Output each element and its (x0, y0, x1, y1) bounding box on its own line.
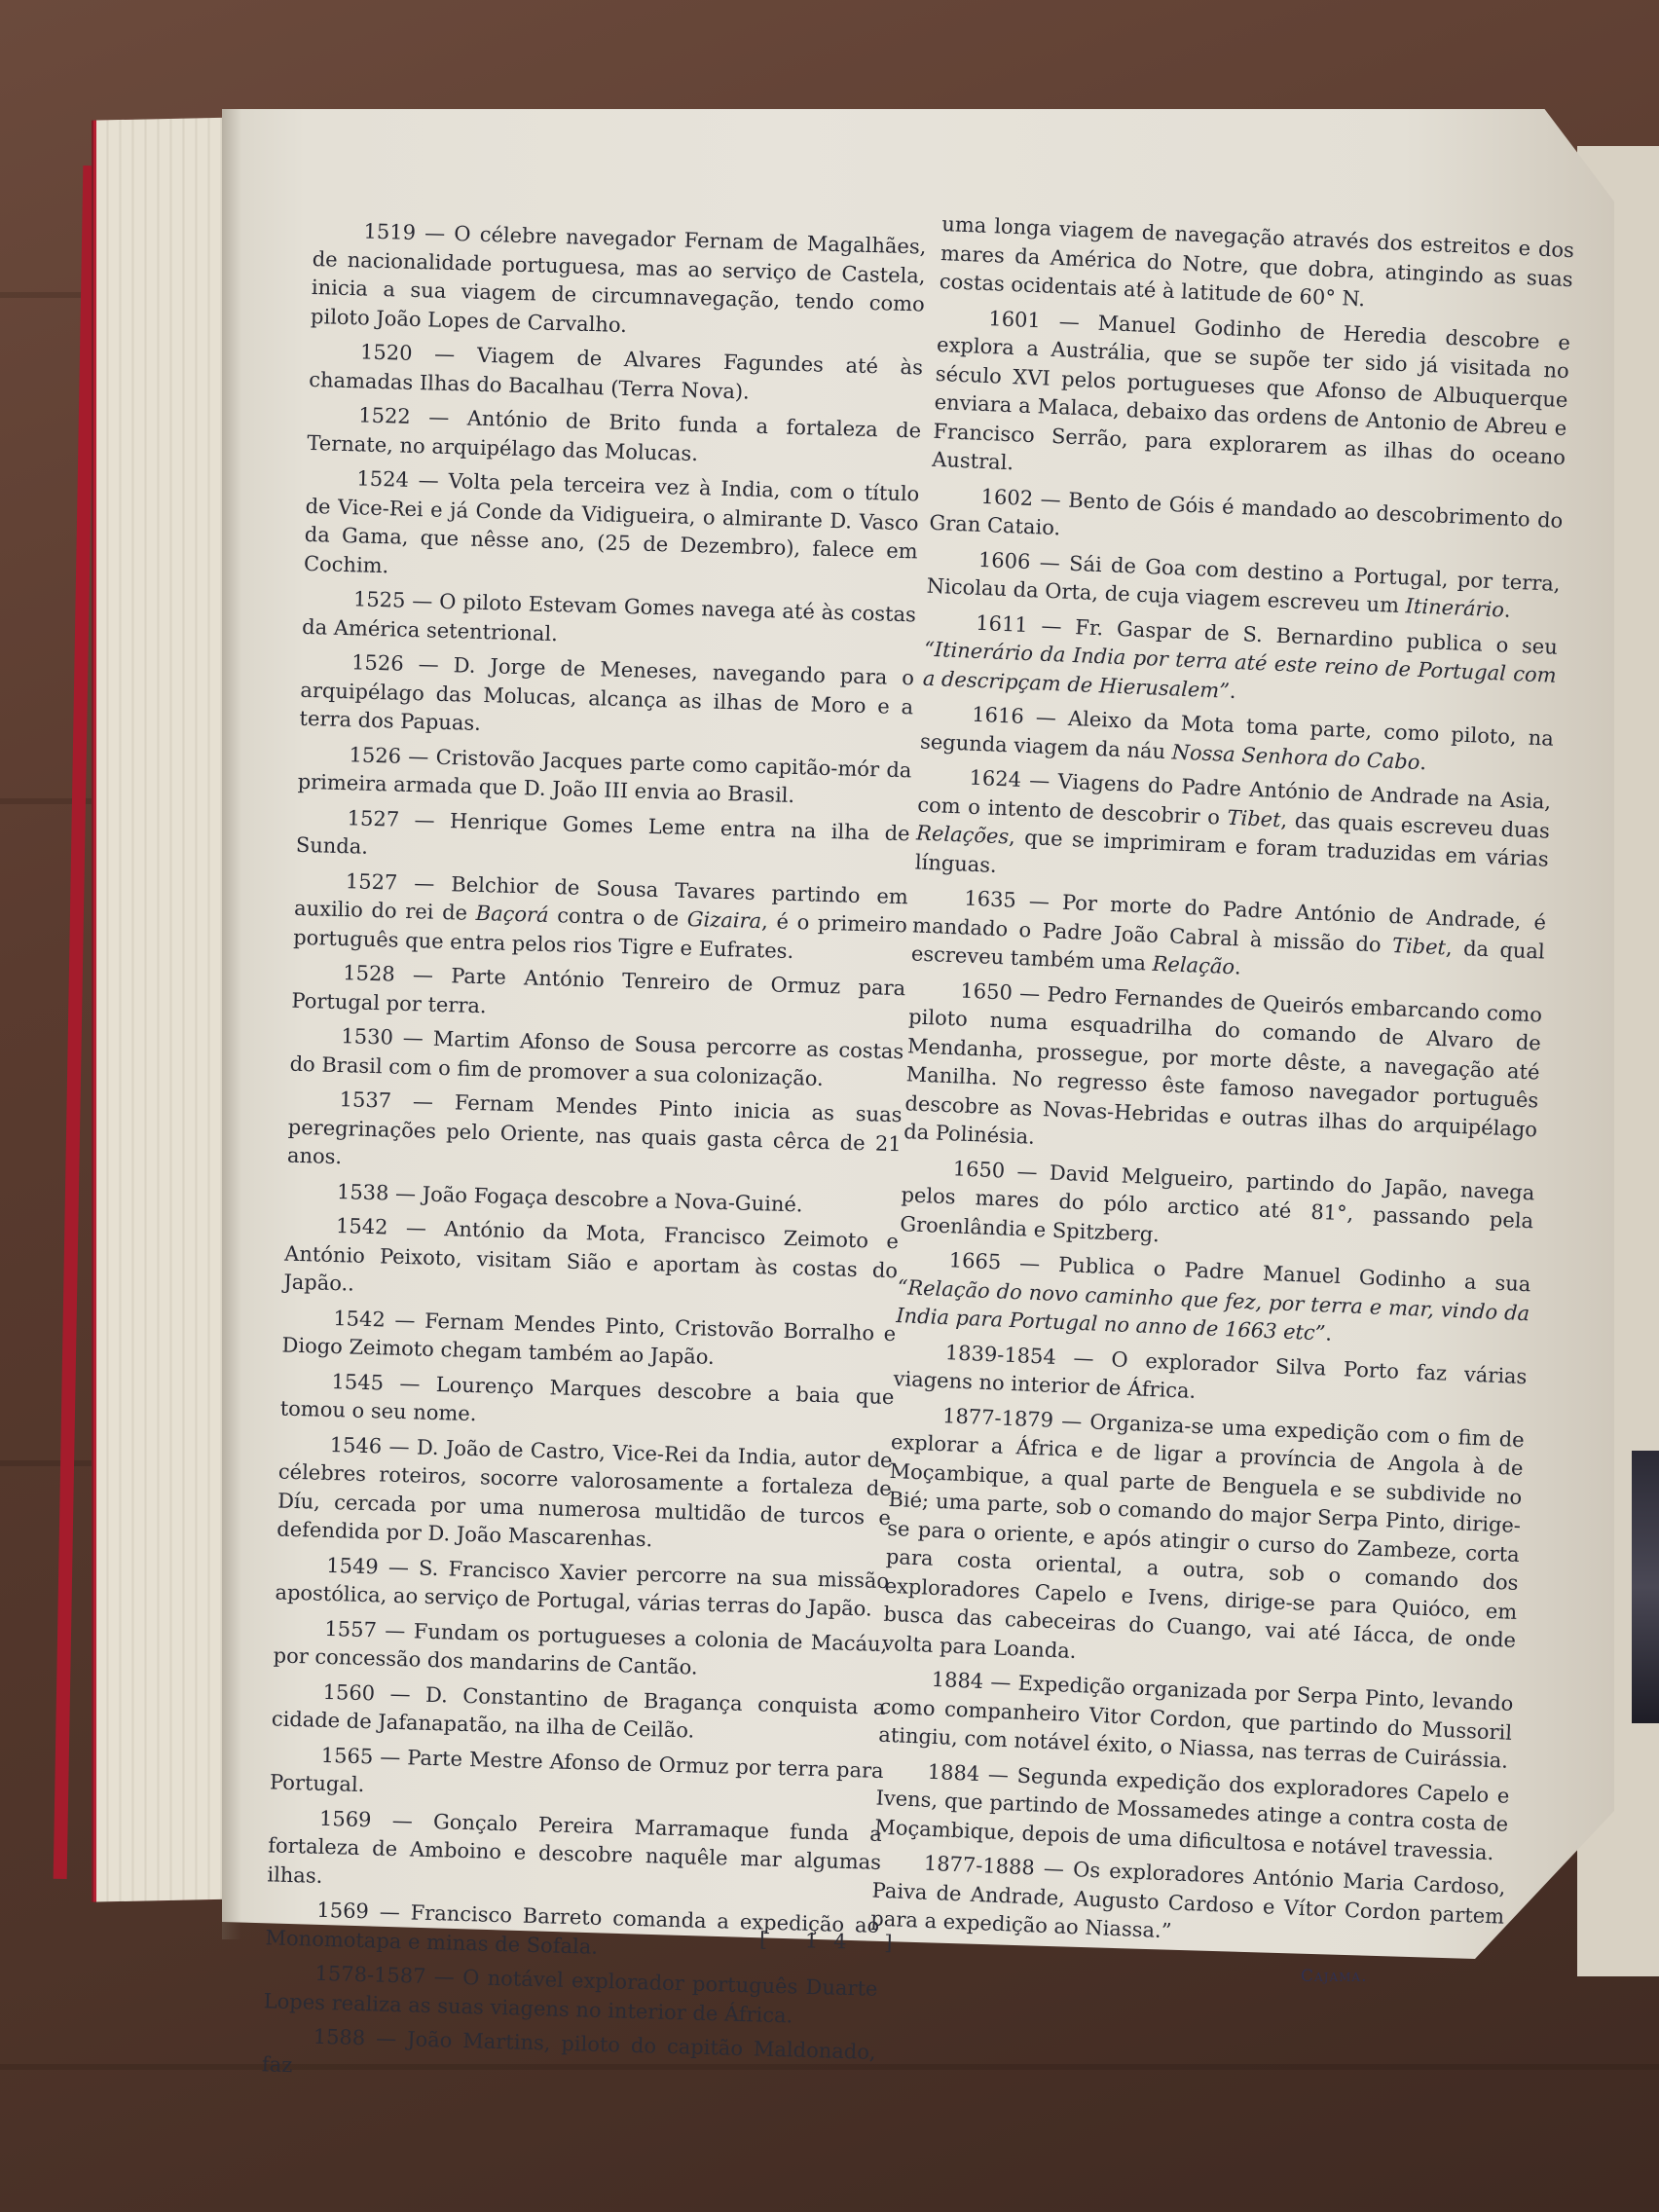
entry-text: Organiza-se uma expedição com o fim de e… (882, 1410, 1525, 1663)
entry-year: 1588 — (313, 2025, 407, 2051)
chronology-entry: 1565 — Parte Mestre Afonso de Ormuz por … (270, 1740, 884, 1815)
entry-year: 1519 — (363, 219, 454, 245)
chronology-entry: 1560 — D. Constantino de Bragança conqui… (271, 1677, 885, 1751)
chronology-entry: 1569 — Gonçalo Pereira Marramaque funda … (267, 1803, 882, 1906)
chronology-entry: 1522 — António de Brito funda a fortalez… (307, 400, 921, 475)
chronology-entry: 1524 — Volta pela terceira vez à India, … (304, 463, 920, 596)
chronology-entry: 1519 — O célebre navegador Fernam de Mag… (311, 216, 927, 349)
entry-year: 1602 — (980, 484, 1069, 511)
chronology-entry: 1527 — Belchior de Sousa Tavares partind… (293, 866, 908, 969)
book-red-edge (54, 166, 97, 1879)
facing-page-photo (1632, 1451, 1659, 1723)
entry-year: 1542 — (336, 1214, 445, 1240)
entry-year: 1884 — (931, 1668, 1018, 1695)
entry-year: 1546 — (329, 1432, 417, 1457)
chronology-entry: 1650 — Pedro Fernandes de Queirós embarc… (903, 975, 1543, 1173)
entry-year: 1527 — (347, 806, 450, 832)
chronology-entry: 1545 — Lourenço Marques descobre a baia … (279, 1366, 894, 1441)
entry-year: 1525 — (353, 587, 440, 612)
entry-year: 1578-1587 — (314, 1962, 462, 1989)
gutter-shadow (222, 109, 241, 1939)
chronology-entry: 1624 — Viagens do Padre António de Andra… (914, 762, 1551, 903)
entry-year: 1616 — (972, 703, 1069, 730)
entry-year: 1665 — (948, 1248, 1058, 1276)
chronology-entry: 1530 — Martim Afonso de Sousa percorre a… (289, 1021, 903, 1096)
entry-year: 1877-1888 — (923, 1852, 1073, 1881)
chronology-entry: 1588 — João Martins, piloto do capitão M… (262, 2021, 876, 2096)
chronology-entry: 1601 — Manuel Godinho de Heredia descobr… (932, 302, 1571, 500)
entry-year: 1624 — (969, 766, 1058, 793)
entry-year: 1569 — (319, 1806, 434, 1832)
entry-year: 1545 — (331, 1369, 436, 1395)
entry-year: 1526 — (351, 650, 454, 677)
entry-year: 1611 — (976, 610, 1076, 638)
chronology-entry: 1546 — D. João de Castro, Vice-Rei da In… (276, 1429, 893, 1562)
chronology-entry: 1557 — Fundam os portugueses a colonia d… (273, 1613, 887, 1688)
entry-year: 1542 — (333, 1307, 424, 1333)
chronology-entry: 1537 — Fernam Mendes Pinto inicia as sua… (287, 1085, 903, 1188)
right-text-column: uma longa viagem de navegação através do… (870, 210, 1575, 1966)
entry-year: 1560 — (322, 1679, 425, 1706)
chronology-entry: 1578-1587 — O notável explorador portugu… (263, 1958, 877, 2033)
entry-year: 1565 — (321, 1743, 408, 1768)
entry-year: 1884 — (927, 1759, 1017, 1787)
entry-year: 1538 — (337, 1180, 423, 1205)
entry-year: 1839-1854 — (944, 1341, 1112, 1371)
entry-year: 1650 — (952, 1157, 1050, 1184)
chronology-entry: 1520 — Viagem de Alvares Fagundes até às… (309, 337, 923, 412)
chronology-entry: 1542 — Fernam Mendes Pinto, Cristovão Bo… (281, 1303, 896, 1378)
entry-text: Manuel Godinho de Heredia descobre e exp… (932, 311, 1571, 474)
entry-year: 1569 — (316, 1899, 411, 1925)
entry-year: 1527 — (346, 869, 452, 896)
entry-year: 1557 — (324, 1616, 414, 1642)
entry-text: João Fogaça descobre a Nova-Guiné. (422, 1182, 802, 1216)
entry-year: 1606 — (978, 547, 1070, 574)
chronology-entry: 1525 — O piloto Estevam Gomes navega até… (302, 584, 916, 659)
chronology-entry: 1877-1879 — Organiza-se uma expedição co… (882, 1399, 1526, 1683)
entry-year: 1530 — (341, 1024, 433, 1051)
entry-year: 1520 — (360, 340, 477, 366)
entry-year: 1601 — (988, 307, 1098, 335)
chronology-entry: 1528 — Parte António Tenreiro de Ormuz p… (291, 958, 905, 1033)
entry-year: 1522 — (358, 403, 467, 429)
entry-year: 1524 — (356, 466, 449, 493)
chronology-entry: 1877-1888 — Os exploradores António Mari… (870, 1848, 1506, 1961)
author-signature: Cajama. (1301, 1967, 1368, 1986)
entry-year: 1526 — (349, 743, 436, 768)
page-stack (93, 117, 242, 1901)
entry-text: Pedro Fernandes de Queirós embarcando co… (903, 982, 1543, 1149)
entry-year: 1650 — (960, 978, 1048, 1006)
entry-year: 1537 — (339, 1088, 455, 1114)
left-text-column: 1519 — O célebre navegador Fernam de Mag… (261, 216, 926, 2102)
chronology-entry: 1549 — S. Francisco Xavier percorre na s… (275, 1550, 889, 1625)
entry-year: 1635 — (964, 887, 1063, 914)
entry-year: 1549 — (326, 1553, 419, 1579)
chronology-entry: 1526 — Cristovão Jacques parte como capi… (297, 739, 911, 814)
chronology-entry: 1527 — Henrique Gomes Leme entra na ilha… (296, 802, 910, 877)
chronology-entry: 1542 — António da Mota, Francisco Zeimot… (283, 1211, 899, 1314)
page-number: [ 14 ] (759, 1928, 908, 1955)
entry-year: 1877-1879 — (942, 1404, 1090, 1433)
chronology-entry: 1526 — D. Jorge de Meneses, navegando pa… (299, 647, 914, 751)
entry-year: 1528 — (343, 961, 452, 987)
